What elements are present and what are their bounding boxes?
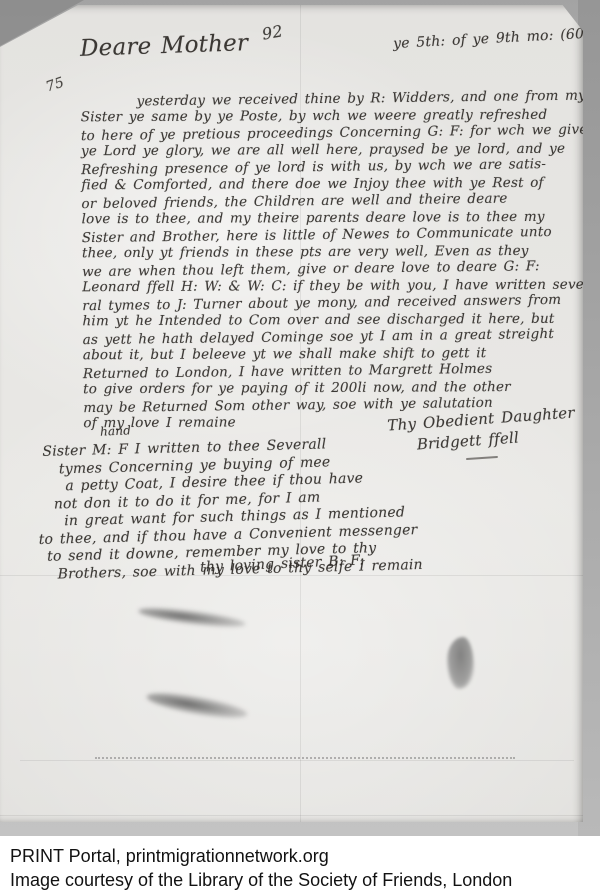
page-number: 92 [261, 21, 285, 43]
screenshot-root: 92 75 Deare Mother ye 5th: of ye 9th mo:… [0, 0, 600, 893]
paper-crease [20, 760, 574, 761]
caption-bar: PRINT Portal, printmigrationnetwork.org … [0, 836, 600, 893]
folio-number: 75 [44, 75, 66, 96]
salutation: Deare Mother [80, 30, 249, 62]
paper-fold-edge [0, 815, 583, 816]
letter-paper: 92 75 Deare Mother ye 5th: of ye 9th mo:… [0, 5, 583, 822]
ink-blot [447, 637, 474, 689]
stitch-holes [95, 757, 515, 759]
letter-body: yesterday we received thine by R: Widder… [81, 89, 566, 433]
paper-corner-fold [0, 0, 84, 46]
caption-portal-line: PRINT Portal, printmigrationnetwork.org [10, 844, 600, 868]
manuscript-scan: 92 75 Deare Mother ye 5th: of ye 9th mo:… [0, 0, 600, 836]
caption-credit-line: Image courtesy of the Library of the Soc… [10, 868, 600, 892]
date-line: ye 5th: of ye 9th mo: (60 [393, 26, 585, 52]
ink-smudge [145, 688, 248, 722]
ink-smudge [138, 604, 247, 630]
catchword: hand [100, 423, 132, 439]
